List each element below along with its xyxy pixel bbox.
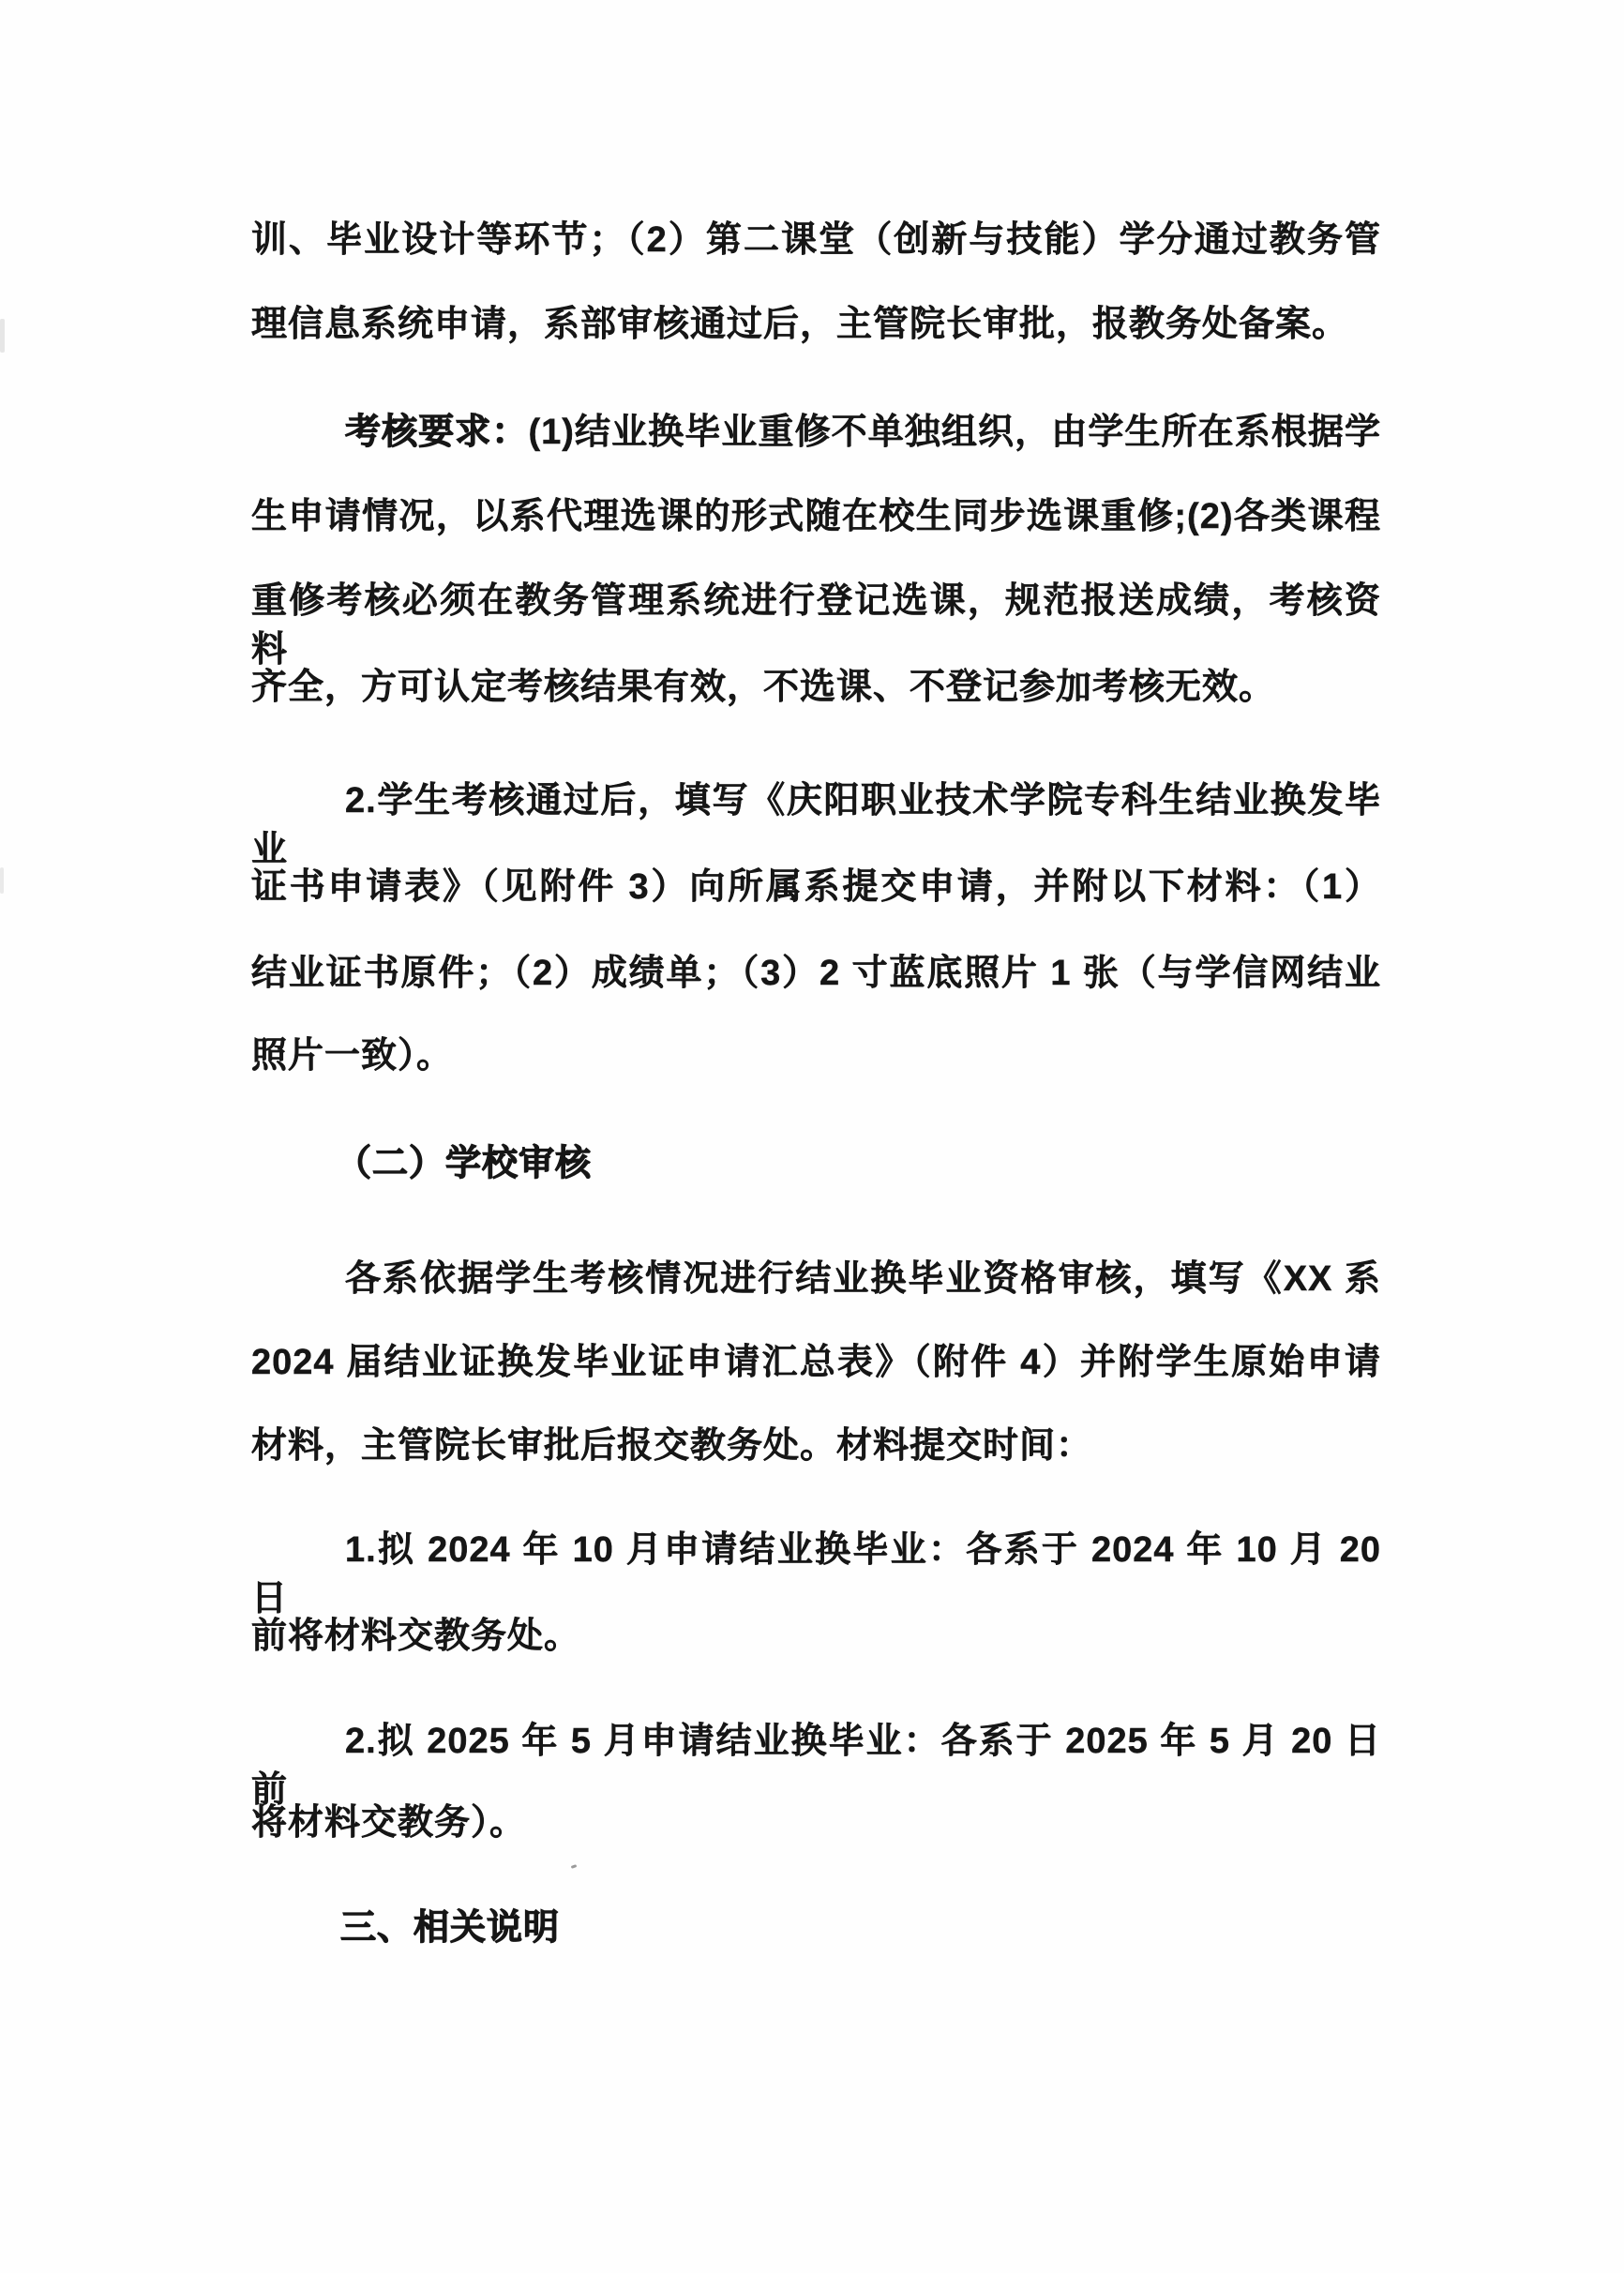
text-line: 材料，主管院长审批后报交教务处。材料提交时间： [251,1422,1381,1470]
text-line: 结业证书原件；（2）成绩单；（3）2 寸蓝底照片 1 张（与学信网结业 [251,949,1381,998]
text-line: 照片一致）。 [251,1031,1381,1080]
scanned-document-page: 训、毕业设计等环节；（2）第二课堂（创新与技能）学分通过教务管理信息系统申请，系… [0,0,1624,2273]
heading-line: （二）学校审核 [251,1139,1381,1188]
text-line: 训、毕业设计等环节；（2）第二课堂（创新与技能）学分通过教务管 [251,216,1381,264]
text-line: 证书申请表》（见附件 3）向所属系提交申请，并附以下材料：（1） [251,863,1381,911]
bold-run: 考核要求： [345,413,528,452]
heading-line: 三、相关说明 [251,1904,1381,1952]
text-line: 各系依据学生考核情况进行结业换毕业资格审核，填写《XX 系 [251,1255,1381,1303]
text-line: 重修考核必须在教务管理系统进行登记选课，规范报送成绩，考核资料 [251,577,1381,674]
text-line: 生申请情况，以系代理选课的形式随在校生同步选课重修;(2)各类课程 [251,492,1381,541]
text-line: 2.学生考核通过后，填写《庆阳职业技术学院专科生结业换发毕业 [251,776,1381,874]
text-line: 齐全，方可认定考核结果有效，不选课、不登记参加考核无效。 [251,663,1381,712]
text-line: 理信息系统申请，系部审核通过后，主管院长审批，报教务处备案。 [251,300,1381,349]
text-line: 2024 届结业证换发毕业证申请汇总表》（附件 4）并附学生原始申请 [251,1338,1381,1387]
scan-artifact [0,867,4,894]
text-line: 前将材料交教务处。 [251,1612,1381,1661]
text-line: 考核要求：(1)结业换毕业重修不单独组织，由学生所在系根据学 [251,408,1381,457]
scan-artifact [0,319,5,353]
text-line: 1.拟 2024 年 10 月申请结业换毕业：各系于 2024 年 10 月 2… [251,1526,1381,1623]
text-block: 训、毕业设计等环节；（2）第二课堂（创新与技能）学分通过教务管理信息系统申请，系… [251,0,1381,2273]
text-line: 将材料交教务）。 [251,1799,1381,1847]
